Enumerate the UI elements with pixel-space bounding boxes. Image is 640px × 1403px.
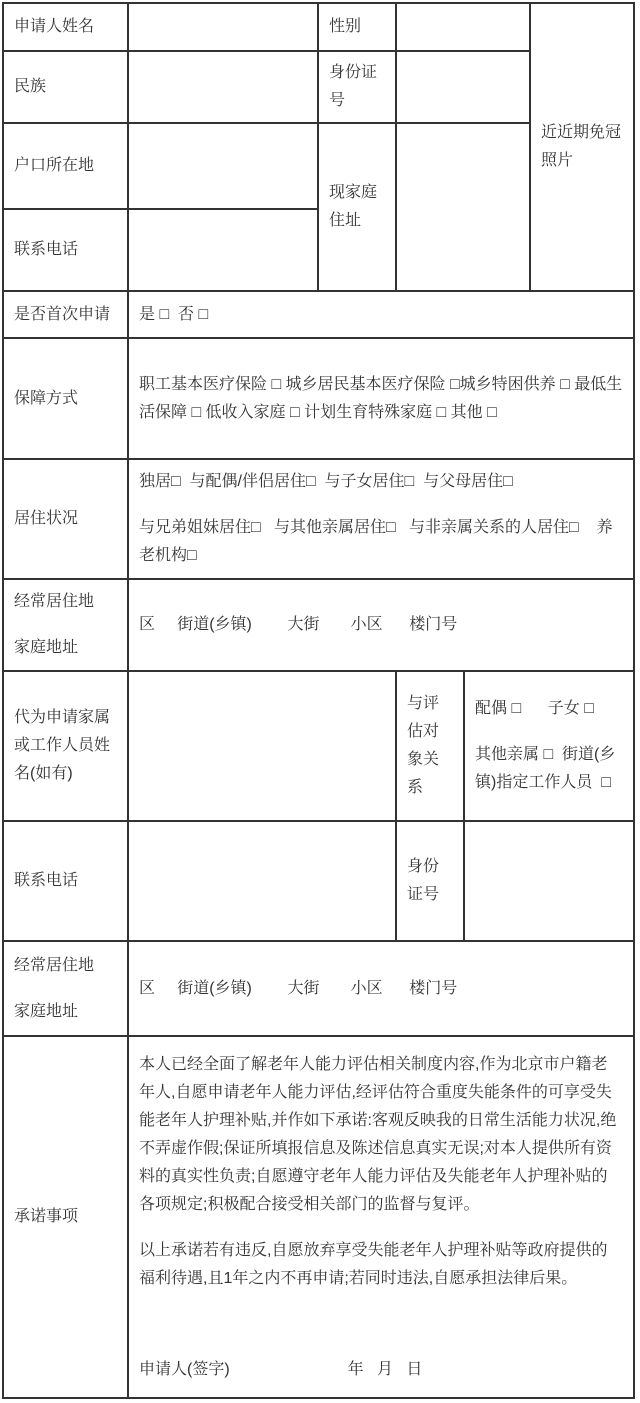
living-situation-options-cell[interactable]: 独居□ 与配偶/伴侣居住□ 与子女居住□ 与父母居住□ 与兄弟姐妹居住□ 与其他…	[128, 459, 634, 579]
relation-options-line2: 其他亲属 □ 街道(乡镇)指定工作人员 □	[475, 741, 623, 797]
id-number-label: 身份证号	[318, 51, 396, 123]
usual-residence-1-input-cell[interactable]: 区 街道(乡镇) 大街 小区 楼门号	[128, 579, 634, 671]
usual-residence-2-input-cell[interactable]: 区 街道(乡镇) 大街 小区 楼门号	[128, 941, 634, 1036]
relation-options-line1: 配偶 □ 子女 □	[475, 695, 623, 723]
signature-line: 申请人(签字)年 月 日	[139, 1356, 623, 1384]
living-situation-options-line2: 与兄弟姐妹居住□ 与其他亲属居住□ 与非亲属关系的人居住□ 养老机构□	[139, 514, 623, 570]
date-label[interactable]: 年 月 日	[348, 1361, 423, 1378]
id-number-input-cell[interactable]	[396, 51, 530, 123]
proxy-contact-phone-label: 联系电话	[3, 821, 128, 941]
proxy-contact-phone-input-cell[interactable]	[128, 821, 396, 941]
signature-label[interactable]: 申请人(签字)	[139, 1361, 230, 1378]
application-form-table: 申请人姓名 性别 近近期免冠照片 民族 身份证号 户口所在地 现家庭住址 联系电…	[2, 2, 635, 1399]
usual-residence-1-label: 经常居住地 家庭地址	[3, 579, 128, 671]
photo-cell[interactable]: 近近期免冠照片	[530, 3, 634, 291]
relation-to-subject-label: 与评估对象关系	[396, 671, 464, 821]
current-home-address-input-cell[interactable]	[396, 123, 530, 291]
first-application-label: 是否首次申请	[3, 291, 128, 338]
relation-to-subject-options-cell[interactable]: 配偶 □ 子女 □ 其他亲属 □ 街道(乡镇)指定工作人员 □	[464, 671, 634, 821]
applicant-name-label: 申请人姓名	[3, 3, 128, 51]
commitment-content-cell: 本人已经全面了解老年人能力评估相关制度内容,作为北京市户籍老年人,自愿申请老年人…	[128, 1036, 634, 1398]
proxy-id-number-input-cell[interactable]	[464, 821, 634, 941]
commitment-label: 承诺事项	[3, 1036, 128, 1398]
proxy-applicant-input-cell[interactable]	[128, 671, 396, 821]
security-type-label: 保障方式	[3, 338, 128, 459]
household-location-input-cell[interactable]	[128, 123, 318, 209]
security-type-options-cell[interactable]: 职工基本医疗保险 □ 城乡居民基本医疗保险 □城乡特困供养 □ 最低生活保障 □…	[128, 338, 634, 459]
commitment-paragraph-1: 本人已经全面了解老年人能力评估相关制度内容,作为北京市户籍老年人,自愿申请老年人…	[139, 1051, 623, 1219]
gender-input-cell[interactable]	[396, 3, 530, 51]
current-home-address-label: 现家庭住址	[318, 123, 396, 291]
ethnicity-label: 民族	[3, 51, 128, 123]
commitment-spacer	[139, 1311, 623, 1356]
ethnicity-input-cell[interactable]	[128, 51, 318, 123]
proxy-applicant-label: 代为申请家属或工作人员姓名(如有)	[3, 671, 128, 821]
contact-phone-label: 联系电话	[3, 209, 128, 291]
household-location-label: 户口所在地	[3, 123, 128, 209]
contact-phone-input-cell[interactable]	[128, 209, 318, 291]
living-situation-options-line1: 独居□ 与配偶/伴侣居住□ 与子女居住□ 与父母居住□	[139, 468, 623, 496]
living-situation-label: 居住状况	[3, 459, 128, 579]
applicant-name-input-cell[interactable]	[128, 3, 318, 51]
gender-label: 性别	[318, 3, 396, 51]
usual-residence-2-label: 经常居住地 家庭地址	[3, 941, 128, 1036]
application-form-page: 申请人姓名 性别 近近期免冠照片 民族 身份证号 户口所在地 现家庭住址 联系电…	[0, 0, 640, 1403]
proxy-id-number-label: 身份证号	[396, 821, 464, 941]
first-application-options-cell[interactable]: 是 □ 否 □	[128, 291, 634, 338]
commitment-paragraph-2: 以上承诺若有违反,自愿放弃享受失能老年人护理补贴等政府提供的福利待遇,且1年之内…	[139, 1237, 623, 1293]
